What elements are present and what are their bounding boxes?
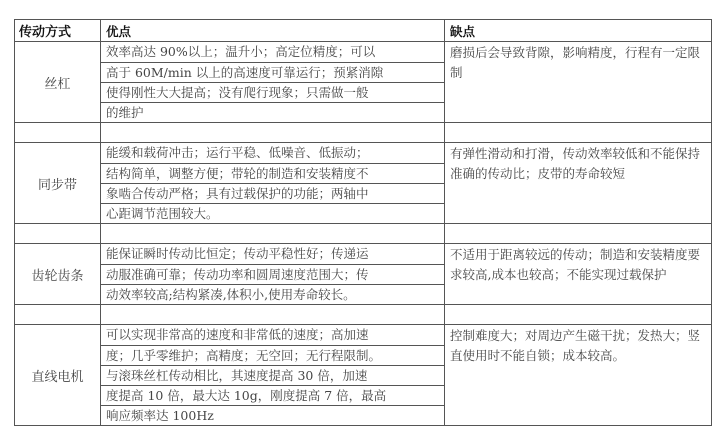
spacer-cell [15, 123, 101, 142]
header-disadvantages: 缺点 [445, 20, 711, 41]
method-cell: 丝杠 [15, 42, 101, 122]
spacer-row [15, 122, 711, 142]
table-row-timing-belt: 同步带 能缓和载荷冲击；运行平稳、低噪音、低振动； 结构简单，调整方便；带轮的制… [15, 142, 711, 223]
advantage-line: 度提高 10 倍，最大达 10g，刚度提高 7 倍，最高 [101, 385, 444, 405]
spacer-cell [101, 123, 445, 142]
advantages-cell: 效率高达 90%以上；温升小；高定位精度；可以 高于 60M/min 以上的高速… [101, 42, 445, 122]
advantage-line: 动效率较高;结构紧凑,体积小,使用寿命较长。 [101, 284, 444, 304]
spacer-cell [101, 305, 445, 324]
advantage-line: 象啮合传动严格；具有过载保护的功能；两轴中 [101, 183, 444, 203]
table-row-rack-pinion: 齿轮齿条 能保证瞬时传动比恒定；传动平稳性好；传递运 动服准确可靠；传动功率和圆… [15, 243, 711, 304]
disadvantages-cell: 控制难度大；对周边产生磁干扰；发热大；竖直使用时不能自锁；成本较高。 [445, 325, 711, 425]
advantage-line: 高于 60M/min 以上的高速度可靠运行；预紧消隙 [101, 62, 444, 82]
advantage-line: 与滚珠丝杠传动相比，其速度提高 30 倍，加速 [101, 365, 444, 385]
advantage-line: 效率高达 90%以上；温升小；高定位精度；可以 [101, 42, 444, 62]
advantages-cell: 可以实现非常高的速度和非常低的速度；高加速 度；几乎零维护；高精度；无空回；无行… [101, 325, 445, 425]
header-method: 传动方式 [15, 20, 101, 41]
method-cell: 直线电机 [15, 325, 101, 425]
advantage-line: 动服准确可靠；传动功率和圆周速度范围大；传 [101, 264, 444, 284]
spacer-cell [15, 305, 101, 324]
spacer-row [15, 304, 711, 324]
disadvantages-cell: 磨损后会导致背隙，影响精度，行程有一定限制 [445, 42, 711, 122]
spacer-cell [101, 224, 445, 243]
spacer-cell [445, 224, 711, 243]
advantage-line: 可以实现非常高的速度和非常低的速度；高加速 [101, 325, 444, 345]
method-cell: 齿轮齿条 [15, 244, 101, 304]
advantage-line: 的维护 [101, 102, 444, 122]
table-row-ballscrew: 丝杠 效率高达 90%以上；温升小；高定位精度；可以 高于 60M/min 以上… [15, 41, 711, 122]
transmission-comparison-table: 传动方式 优点 缺点 丝杠 效率高达 90%以上；温升小；高定位精度；可以 高于… [14, 19, 712, 426]
header-advantages: 优点 [101, 20, 445, 41]
spacer-cell [15, 224, 101, 243]
advantage-line: 能保证瞬时传动比恒定；传动平稳性好；传递运 [101, 244, 444, 264]
advantage-line: 使得刚性大大提高；没有爬行现象；只需做一般 [101, 82, 444, 102]
advantage-line: 结构简单，调整方便；带轮的制造和安装精度不 [101, 163, 444, 183]
advantage-line: 度；几乎零维护；高精度；无空回；无行程限制。 [101, 345, 444, 365]
advantage-line: 响应频率达 100Hz [101, 405, 444, 425]
spacer-row [15, 223, 711, 243]
advantages-cell: 能保证瞬时传动比恒定；传动平稳性好；传递运 动服准确可靠；传动功率和圆周速度范围… [101, 244, 445, 304]
spacer-cell [445, 305, 711, 324]
disadvantages-cell: 有弹性滑动和打滑，传动效率较低和不能保持准确的传动比；皮带的寿命较短 [445, 143, 711, 223]
table-row-linear-motor: 直线电机 可以实现非常高的速度和非常低的速度；高加速 度；几乎零维护；高精度；无… [15, 324, 711, 425]
method-cell: 同步带 [15, 143, 101, 223]
advantages-cell: 能缓和载荷冲击；运行平稳、低噪音、低振动； 结构简单，调整方便；带轮的制造和安装… [101, 143, 445, 223]
spacer-cell [445, 123, 711, 142]
disadvantages-cell: 不适用于距离较远的传动；制造和安装精度要求较高,成本也较高；不能实现过载保护 [445, 244, 711, 304]
table-header-row: 传动方式 优点 缺点 [15, 20, 711, 41]
advantage-line: 心距调节范围较大。 [101, 203, 444, 223]
advantage-line: 能缓和载荷冲击；运行平稳、低噪音、低振动； [101, 143, 444, 163]
